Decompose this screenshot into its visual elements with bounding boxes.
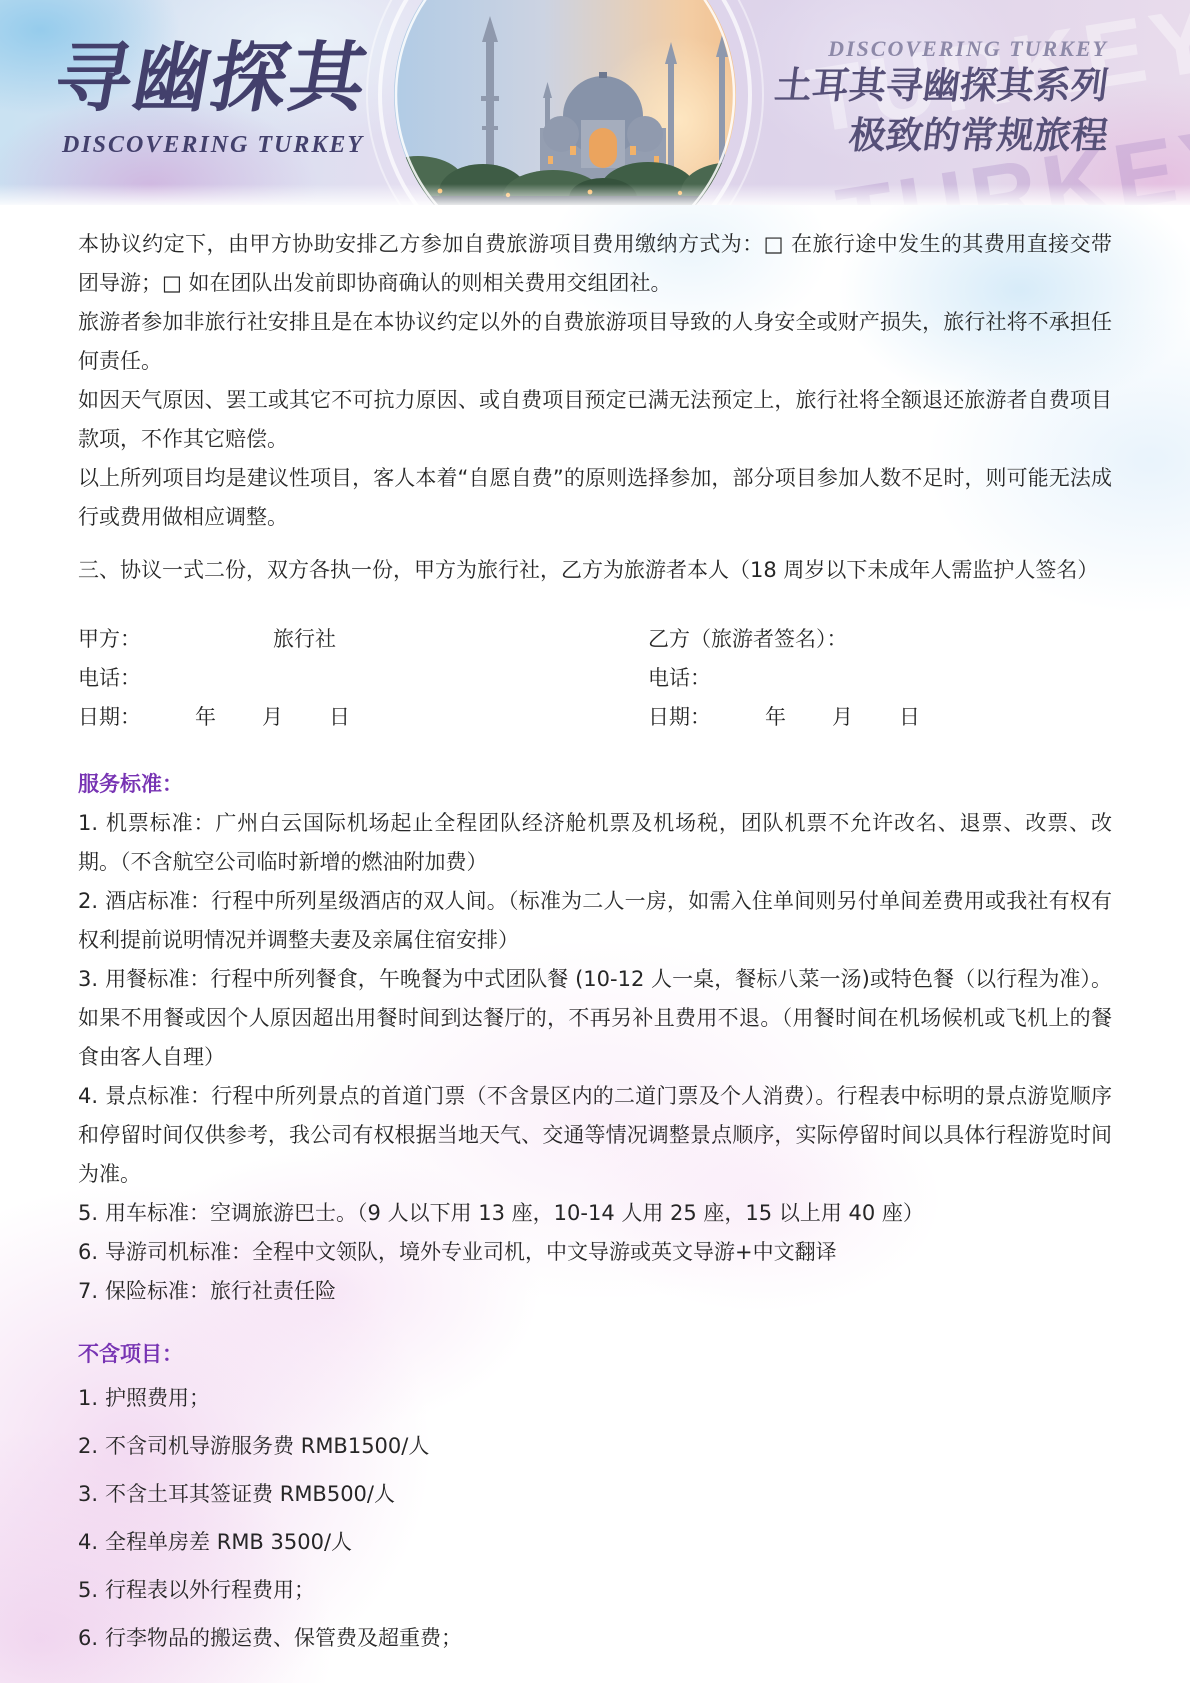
party-a-value: 旅行社 [273,627,336,651]
brand-logo-chinese: 寻幽探其 [47,28,377,128]
brand-logo: 寻幽探其 DISCOVERING TURKEY [56,28,368,159]
item-number: 5. [78,1578,98,1602]
item-text: 保险标准：旅行社责任险 [105,1279,336,1303]
item-number: 3. [78,967,98,991]
service-standard-item: 3.用餐标准：行程中所列餐食，午晚餐为中式团队餐 (10-12 人一桌，餐标八菜… [78,960,1112,1077]
document-page: TURKEY TURKEY [0,0,1190,1683]
item-text: 护照费用； [105,1386,210,1410]
party-b-month: 月 [832,705,853,729]
header-banner: TURKEY TURKEY [0,0,1190,205]
intro-paragraph: 旅游者参加非旅行社安排且是在本协议约定以外的自费旅游项目导致的人身安全或财产损失… [78,303,1112,381]
service-standards-heading: 服务标准： [78,765,1112,804]
party-a-day: 日 [329,705,350,729]
series-subtitle: 极致的常规旅程 [772,112,1111,162]
item-number: 3. [78,1482,98,1506]
item-text: 机票标准：广州白云国际机场起止全程团队经济舱机票及机场税，团队机票不允许改名、退… [78,811,1112,874]
party-a-month: 月 [262,705,283,729]
party-b-date-line: 日期：年月日 [648,698,1112,737]
party-a-line: 甲方：旅行社 [78,620,648,659]
service-standards-list: 1.机票标准：广州白云国际机场起止全程团队经济舱机票及机场税，团队机票不允许改名… [78,804,1112,1311]
exclusion-item: 2.不含司机导游服务费 RMB1500/人 [78,1422,1112,1470]
party-b-block: 乙方（旅游者签名）： 电话： 日期：年月日 [648,620,1112,737]
party-a-year: 年 [195,705,216,729]
item-text: 行程表以外行程费用； [105,1578,315,1602]
item-number: 2. [78,889,98,913]
item-number: 2. [78,1434,98,1458]
series-title: 土耳其寻幽探其系列 [772,62,1111,112]
signature-section: 甲方：旅行社 电话： 日期：年月日 乙方（旅游者签名）： 电话： 日期：年月日 [78,620,1112,737]
exclusions-heading: 不含项目： [78,1335,1112,1374]
intro-paragraph: 如因天气原因、罢工或其它不可抗力原因、或自费项目预定已满无法预定上，旅行社将全额… [78,381,1112,459]
clause-three: 三、协议一式二份，双方各执一份，甲方为旅行社，乙方为旅游者本人（18 周岁以下未… [78,551,1112,590]
exclusion-item: 3.不含土耳其签证费 RMB500/人 [78,1470,1112,1518]
item-number: 6. [78,1626,98,1650]
item-text: 景点标准：行程中所列景点的首道门票（不含景区内的二道门票及个人消费）。行程表中标… [78,1084,1112,1186]
party-a-label: 甲方： [78,620,273,659]
item-number: 1. [78,811,98,835]
series-label-english: DISCOVERING TURKEY [775,36,1108,62]
item-text: 导游司机标准：全程中文领队，境外专业司机，中文导游或英文导游+中文翻译 [105,1240,837,1264]
party-b-day: 日 [899,705,920,729]
service-standard-item: 2.酒店标准：行程中所列星级酒店的双人间。（标准为二人一房，如需入住单间则另付单… [78,882,1112,960]
service-standard-item: 5.用车标准：空调旅游巴士。（9 人以下用 13 座，10-14 人用 25 座… [78,1194,1112,1233]
item-text: 酒店标准：行程中所列星级酒店的双人间。（标准为二人一房，如需入住单间则另付单间差… [78,889,1112,952]
party-b-label: 乙方（旅游者签名）： [648,620,1112,659]
party-b-date-label: 日期： [648,698,765,737]
document-body: 本协议约定下，由甲方协助安排乙方参加自费旅游项目费用缴纳方式为：□ 在旅行途中发… [0,205,1190,1662]
party-b-phone-label: 电话： [648,659,1112,698]
exclusion-item: 4.全程单房差 RMB 3500/人 [78,1518,1112,1566]
item-text: 用餐标准：行程中所列餐食，午晚餐为中式团队餐 (10-12 人一桌，餐标八菜一汤… [78,967,1112,1069]
item-number: 1. [78,1386,98,1410]
series-title-block: DISCOVERING TURKEY 土耳其寻幽探其系列 极致的常规旅程 [775,36,1108,162]
item-text: 不含土耳其签证费 RMB500/人 [105,1482,395,1506]
exclusion-item: 5.行程表以外行程费用； [78,1566,1112,1614]
item-number: 4. [78,1084,98,1108]
service-standard-item: 1.机票标准：广州白云国际机场起止全程团队经济舱机票及机场税，团队机票不允许改名… [78,804,1112,882]
item-number: 4. [78,1530,98,1554]
item-number: 6. [78,1240,98,1264]
item-number: 5. [78,1201,98,1225]
intro-paragraphs: 本协议约定下，由甲方协助安排乙方参加自费旅游项目费用缴纳方式为：□ 在旅行途中发… [78,225,1112,537]
item-text: 全程单房差 RMB 3500/人 [105,1530,352,1554]
exclusions-list: 1.护照费用；2.不含司机导游服务费 RMB1500/人3.不含土耳其签证费 R… [78,1374,1112,1662]
intro-paragraph: 以上所列项目均是建议性项目，客人本着“自愿自费”的原则选择参加，部分项目参加人数… [78,459,1112,537]
service-standard-item: 6.导游司机标准：全程中文领队，境外专业司机，中文导游或英文导游+中文翻译 [78,1233,1112,1272]
item-number: 7. [78,1279,98,1303]
party-a-date-label: 日期： [78,698,195,737]
brand-logo-english: DISCOVERING TURKEY [62,132,368,159]
party-a-date-line: 日期：年月日 [78,698,648,737]
intro-paragraph: 本协议约定下，由甲方协助安排乙方参加自费旅游项目费用缴纳方式为：□ 在旅行途中发… [78,225,1112,303]
item-text: 行李物品的搬运费、保管费及超重费； [105,1626,462,1650]
service-standard-item: 7.保险标准：旅行社责任险 [78,1272,1112,1311]
exclusion-item: 6.行李物品的搬运费、保管费及超重费； [78,1614,1112,1662]
party-b-year: 年 [765,705,786,729]
party-a-phone-label: 电话： [78,659,648,698]
hagia-sophia-photo-icon [348,0,782,205]
party-a-block: 甲方：旅行社 电话： 日期：年月日 [78,620,648,737]
service-standard-item: 4.景点标准：行程中所列景点的首道门票（不含景区内的二道门票及个人消费）。行程表… [78,1077,1112,1194]
item-text: 不含司机导游服务费 RMB1500/人 [105,1434,429,1458]
item-text: 用车标准：空调旅游巴士。（9 人以下用 13 座，10-14 人用 25 座，1… [105,1201,924,1225]
exclusion-item: 1.护照费用； [78,1374,1112,1422]
